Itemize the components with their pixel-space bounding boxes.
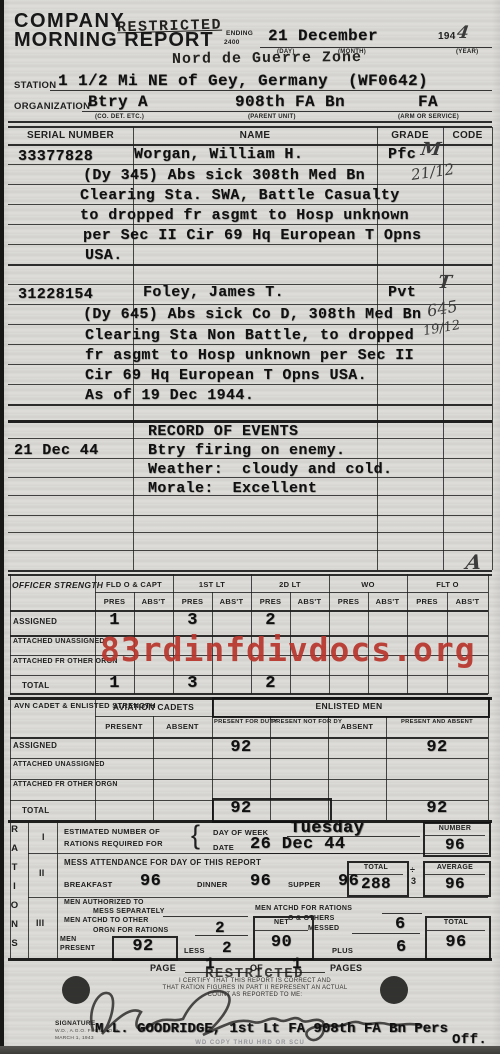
atchd-other-label1: MEN ATCHD TO OTHER	[64, 917, 149, 924]
divide-by: 3	[411, 876, 416, 886]
officer-group-header: FLT O	[407, 580, 488, 589]
mess-attendance-label: MESS ATTENDANCE FOR DAY OF THIS REPORT	[64, 858, 261, 867]
plus-value: 6	[396, 938, 407, 957]
rations-total-label: TOTAL	[425, 919, 487, 926]
entry2-line: As of 19 Dec 1944.	[85, 387, 254, 404]
rule	[255, 930, 308, 931]
rule	[10, 610, 488, 612]
enlisted-row-label: ATTACHED FR OTHER ORGN	[13, 781, 68, 790]
column-divider	[443, 127, 444, 570]
rule	[8, 204, 492, 205]
entry1-line: (Dy 345) Abs sick 308th Med Bn	[83, 167, 365, 184]
others-value: 6	[395, 915, 406, 934]
report-date: 21 December	[268, 27, 378, 45]
rule	[8, 126, 492, 128]
enlisted-men-header: ENLISTED MEN	[212, 701, 486, 711]
enlisted-assigned-value: 92	[386, 738, 488, 757]
breakfast-value: 96	[140, 872, 161, 891]
year-handwritten: 4	[456, 23, 471, 43]
signer-typed-line: M.L. GOODRIDGE, 1st Lt FA 908th FA Bn Pe…	[95, 1021, 448, 1037]
scan-edge-bottom	[0, 1046, 500, 1054]
table-border	[10, 574, 11, 694]
events-line: Morale: Excellent	[148, 480, 317, 497]
scan-edge-left	[0, 0, 4, 1054]
mess-total-label: TOTAL	[347, 864, 405, 871]
date-underline	[260, 47, 437, 48]
pages-label: PAGES	[330, 963, 362, 973]
men-present-label1: MEN	[60, 936, 76, 943]
column-divider	[492, 127, 493, 570]
rule	[8, 532, 492, 533]
em-col-header: PRESENT FOR DUTY	[214, 719, 268, 727]
entry1-grade: Pfc	[388, 146, 416, 163]
signer-typed-line2: Off.	[452, 1032, 487, 1048]
enlisted-total-value: 92	[212, 799, 270, 818]
dinner-value: 96	[250, 872, 271, 891]
rule	[95, 592, 488, 593]
abst-header: ABS'T	[212, 597, 251, 606]
enlisted-assigned-value: 92	[212, 738, 270, 757]
em-col-header: PRESENT AND ABSENT	[400, 719, 474, 727]
entry1-line: per Sec II Cir 69 Hq European T Opns	[83, 227, 421, 244]
avn-absent-header: ABSENT	[153, 722, 212, 731]
rule	[8, 515, 492, 516]
rule	[8, 244, 492, 245]
year-printed: 194	[438, 31, 456, 42]
rule	[8, 570, 492, 572]
pres-header: PRES	[251, 597, 290, 606]
mess-total-value: 288	[347, 875, 405, 893]
abst-header: ABS'T	[290, 597, 329, 606]
aviation-cadets-header: AVIATION CADETS	[95, 702, 212, 712]
less-label: LESS	[184, 946, 205, 955]
zone-stamp: Nord de Guerre Zone	[172, 49, 362, 68]
year-underline	[437, 47, 492, 48]
rule	[8, 344, 492, 345]
date-underline2	[240, 853, 420, 854]
others-label1: O & OTHERS	[288, 915, 335, 922]
officer-assigned-value: 2	[251, 611, 290, 630]
officer-assigned-value: 1	[95, 611, 134, 630]
breakfast-label: BREAKFAST	[64, 880, 113, 889]
atchd-other-value: 2	[215, 919, 225, 937]
entry2-code-handwritten: T	[437, 272, 453, 293]
entry2-code-handwritten-3: 19/12	[422, 318, 462, 339]
archive-watermark: 83rdinfdivdocs.org	[100, 630, 476, 669]
officer-total-value: 2	[251, 674, 290, 693]
atchd-for-rations-label: MEN ATCHD FOR RATIONS	[255, 905, 352, 912]
rule	[10, 693, 488, 695]
blank-underline	[352, 933, 420, 934]
events-line: Weather: cloudy and cold.	[148, 461, 392, 478]
enlisted-total-value: 92	[386, 799, 488, 818]
org-arm-sublabel: (ARM OR SERVICE)	[398, 114, 459, 120]
rule	[8, 550, 492, 551]
rule	[10, 779, 488, 780]
pres-header: PRES	[173, 597, 212, 606]
copy-note: WD COPY THRU HRD OR SCU	[150, 1040, 350, 1046]
col-header-serial: SERIAL NUMBER	[8, 130, 133, 141]
table-border	[10, 697, 11, 820]
rations-date-value: 26 Dec 44	[250, 835, 345, 854]
rule	[8, 264, 492, 266]
station-underline	[50, 90, 492, 91]
rule	[8, 224, 492, 225]
enlisted-row-label: ASSIGNED	[13, 741, 57, 750]
men-present-label2: PRESENT	[60, 945, 95, 952]
average-value: 96	[423, 875, 487, 893]
org-parent-value: 908th FA Bn	[235, 93, 345, 111]
rations-total-value: 96	[425, 933, 487, 952]
officer-row-label: TOTAL	[22, 681, 49, 690]
entry2-name: Foley, James T.	[143, 284, 284, 301]
date-label: DATE	[213, 843, 234, 852]
year-label: (YEAR)	[456, 49, 478, 55]
organization-underline	[82, 111, 492, 112]
rations-side-label: RATIONS	[9, 824, 20, 958]
rule	[8, 404, 492, 406]
ending-label: ENDING	[226, 30, 253, 37]
officer-group-header: 1ST LT	[173, 580, 251, 589]
entry2-serial: 31228154	[18, 286, 93, 303]
ending-time: 2400	[224, 39, 240, 46]
rule	[8, 958, 492, 961]
pres-header: PRES	[407, 597, 447, 606]
page-label: PAGE	[150, 963, 176, 973]
dinner-label: DINNER	[197, 880, 228, 889]
entry2-line: fr asgmt to Hosp unknown per Sec II	[85, 347, 414, 364]
entry2-grade: Pvt	[388, 284, 416, 301]
atchd-other-label2: ORGN FOR RATIONS	[93, 927, 168, 934]
officer-group-header: WO	[329, 580, 407, 589]
number-label: NUMBER	[423, 825, 487, 832]
officer-total-value: 1	[95, 674, 134, 693]
rule	[10, 758, 488, 759]
col-header-code: CODE	[443, 130, 492, 141]
org-unit-value: Btry A	[88, 93, 148, 111]
table-border	[488, 574, 489, 694]
less-value: 2	[222, 939, 232, 957]
events-date: 21 Dec 44	[14, 442, 99, 459]
rule	[8, 364, 492, 365]
col-header-name: NAME	[133, 130, 377, 141]
rule	[8, 324, 492, 325]
station-value: 1 1/2 Mi NE of Gey, Germany (WF0642)	[58, 72, 428, 90]
entry2-line: (Dy 645) Abs sick Co D, 308th Med Bn	[83, 306, 421, 323]
rule	[8, 384, 492, 385]
signature-label: SIGNATURE	[55, 1020, 96, 1027]
men-present-value: 92	[112, 937, 174, 956]
officer-row-label: ASSIGNED	[13, 617, 57, 626]
rule	[10, 675, 488, 676]
abst-header: ABS'T	[447, 597, 488, 606]
blank-underline	[163, 916, 248, 917]
others-label2: MESSED	[308, 925, 339, 932]
enlisted-corner-label: AVN CADET & ENLISTED STRENGTH	[14, 701, 84, 711]
restricted-stamp-top: RESTRICTED	[117, 17, 222, 37]
entry1-line: Clearing Sta. SWA, Battle Casualty	[80, 187, 400, 204]
avn-present-header: PRESENT	[95, 722, 153, 731]
officer-assigned-value: 3	[173, 611, 212, 630]
divide-sign: ÷	[410, 865, 415, 875]
rations-row1-numeral: I	[42, 832, 45, 842]
officer-row-label: ATTACHED FR OTHER ORGN	[13, 658, 68, 667]
rule	[28, 897, 488, 898]
brace-glyph: {	[191, 820, 200, 851]
rations-estimated-label1: ESTIMATED NUMBER OF	[64, 827, 160, 836]
morning-report-form: COMPANY MORNING REPORT RESTRICTED ENDING…	[0, 0, 500, 1054]
rule	[427, 930, 485, 931]
record-of-events-title: RECORD OF EVENTS	[148, 423, 298, 440]
table-border	[28, 820, 29, 958]
enlisted-row-label: ATTACHED UNASSIGNED	[13, 761, 65, 770]
table-border	[95, 697, 96, 820]
org-unit-sublabel: (CO. DET. ETC.)	[95, 114, 144, 120]
rations-estimated-label2: RATIONS REQUIRED FOR	[64, 839, 163, 848]
officer-group-header: 2D LT	[251, 580, 329, 589]
pres-header: PRES	[95, 597, 134, 606]
entry2-code-handwritten-2: 645	[426, 296, 459, 320]
entry2-line: Clearing Sta Non Battle, to dropped	[85, 327, 414, 344]
pres-header: PRES	[329, 597, 368, 606]
em-col-header: PRESENT NOT FOR DY	[272, 719, 326, 727]
organization-label: ORGANIZATION	[14, 101, 90, 112]
enlisted-row-label: TOTAL	[22, 806, 49, 815]
rule	[8, 121, 492, 123]
entry1-code-handwritten: M	[420, 139, 443, 160]
blank-underline	[382, 913, 422, 914]
net-value: 90	[253, 933, 310, 952]
rations-row2-numeral: II	[39, 868, 45, 878]
entry2-line: Cir 69 Hq European T Opns USA.	[85, 367, 367, 384]
abst-header: ABS'T	[134, 597, 173, 606]
rations-row3-numeral: III	[36, 918, 44, 928]
officer-strength-corner-label: OFFICER STRENGTH	[12, 580, 92, 591]
authorized-label2: MESS SEPARATELY	[93, 908, 165, 915]
form-id-line2: MARCH 1, 1943	[55, 1036, 94, 1041]
table-border	[57, 820, 58, 958]
entry1-line: USA.	[85, 247, 123, 264]
rule	[8, 574, 492, 576]
entry1-name: Worgan, William H.	[134, 146, 303, 163]
officer-total-value: 3	[173, 674, 212, 693]
org-parent-sublabel: (PARENT UNIT)	[248, 114, 296, 120]
em-col-header: ABSENT	[328, 722, 386, 731]
entry1-line: to dropped fr asgmt to Hosp unknown	[80, 207, 409, 224]
plus-label: PLUS	[332, 946, 353, 955]
average-label: AVERAGE	[423, 864, 487, 871]
events-line: Btry firing on enemy.	[148, 442, 345, 459]
entry1-serial: 33377828	[18, 148, 93, 165]
abst-header: ABS'T	[368, 597, 407, 606]
officer-group-header: FLD O & CAPT	[95, 580, 173, 589]
org-arm-value: FA	[418, 93, 438, 111]
supper-label: SUPPER	[288, 880, 321, 889]
rule	[8, 184, 492, 185]
number-value: 96	[423, 836, 487, 854]
rule	[8, 304, 492, 305]
authorized-label1: MEN AUTHORIZED TO	[64, 899, 144, 906]
table-border	[153, 716, 154, 820]
officer-row-label: ATTACHED UNASSIGNED	[13, 638, 65, 647]
